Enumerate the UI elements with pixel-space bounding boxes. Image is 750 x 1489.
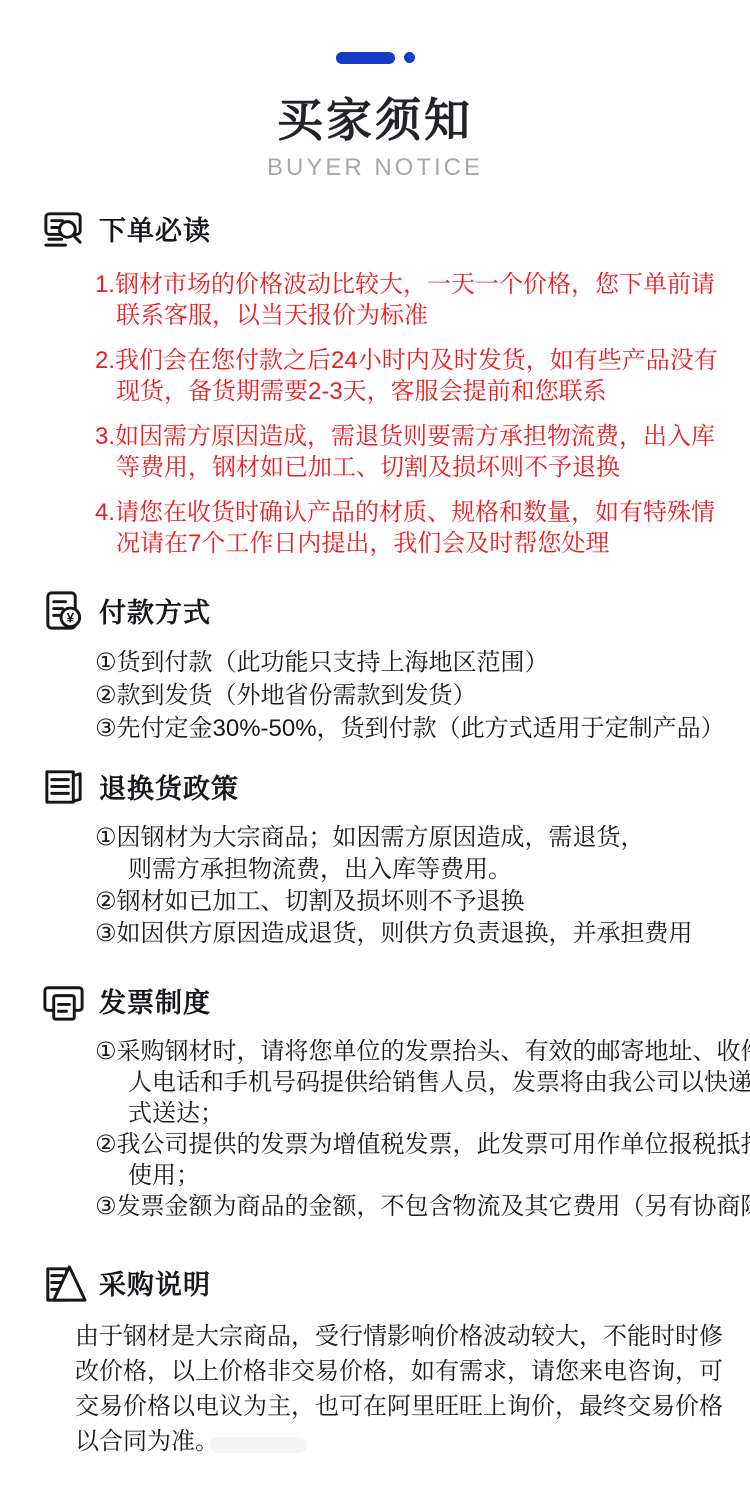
list-item: 2.我们会在您付款之后24小时内及时发货，如有些产品没有 现货，备货期需要2-3… (95, 345, 720, 407)
notice-line: ①货到付款（此功能只支持上海地区范围） (95, 646, 720, 679)
notice-line: 人电话和手机号码提供给销售人员，发票将由我公司以快递方 (95, 1067, 720, 1098)
accent-dot (404, 52, 415, 63)
notice-line: 2.我们会在您付款之后24小时内及时发货，如有些产品没有 (95, 345, 720, 376)
notice-line: 式送达； (95, 1098, 720, 1129)
order-notes-list: 1.钢材市场的价格波动比较大，一天一个价格，您下单前请 联系客服，以当天报价为标… (95, 269, 720, 559)
payment-yuan-icon: ¥ (40, 587, 87, 634)
notice-line: ②款到发货（外地省份需款到发货） (95, 679, 720, 712)
invoice-list: ①采购钢材时，请将您单位的发票抬头、有效的邮寄地址、收件 人电话和手机号码提供给… (95, 1036, 720, 1222)
section-payment-title: 付款方式 (99, 591, 211, 630)
notice-line: ③发票金额为商品的金额，不包含物流及其它费用（另有协商除外） (95, 1191, 720, 1222)
list-item: ③发票金额为商品的金额，不包含物流及其它费用（另有协商除外） (95, 1191, 720, 1222)
notice-line: 3.如因需方原因造成，需退货则要需方承担物流费，出入库 (95, 421, 720, 452)
svg-text:¥: ¥ (67, 610, 75, 625)
payment-list: ①货到付款（此功能只支持上海地区范围） ②款到发货（外地省份需款到发货） ③先付… (95, 646, 720, 745)
page-subtitle: BUYER NOTICE (0, 156, 750, 180)
buyer-notice-page: { "colors": { "accent": "#143cc8", "aler… (0, 0, 750, 1489)
list-item: 3.如因需方原因造成，需退货则要需方承担物流费，出入库 等费用，钢材如已加工、切… (95, 421, 720, 483)
notice-line: 4.请您在收货时确认产品的材质、规格和数量，如有特殊情 (95, 497, 720, 528)
accent-mark (0, 51, 750, 64)
list-item: ①因钢材为大宗商品；如因需方原因造成，需退货， 则需方承担物流费，出入库等费用。 (95, 822, 720, 886)
notice-line: 等费用，钢材如已加工、切割及损坏则不予退换 (95, 452, 720, 483)
header: 买家须知 BUYER NOTICE (0, 0, 750, 180)
bottom-divider-bar (210, 1437, 307, 1453)
accent-dash (336, 52, 395, 64)
notice-line: ①因钢材为大宗商品；如因需方原因造成，需退货， (95, 822, 720, 854)
section-purchase-title: 采购说明 (99, 1263, 211, 1302)
list-item: ③先付定金30%-50%，货到付款（此方式适用于定制产品） (95, 712, 720, 745)
list-item: ①货到付款（此功能只支持上海地区范围） (95, 646, 720, 679)
purchase-note-icon (40, 1259, 87, 1306)
section-invoice-title: 发票制度 (99, 981, 211, 1020)
order-search-icon (40, 205, 87, 252)
list-item: ①采购钢材时，请将您单位的发票抬头、有效的邮寄地址、收件 人电话和手机号码提供给… (95, 1036, 720, 1129)
list-item: ③如因供方原因造成退货，则供方负责退换，并承担费用 (95, 918, 720, 950)
list-item: ②我公司提供的发票为增值税发票，此发票可用作单位报税抵扣 使用； (95, 1129, 720, 1191)
list-item: 4.请您在收货时确认产品的材质、规格和数量，如有特殊情 况请在7个工作日内提出，… (95, 497, 720, 559)
returns-list: ①因钢材为大宗商品；如因需方原因造成，需退货， 则需方承担物流费，出入库等费用。… (95, 822, 720, 950)
section-payment-header: ¥ 付款方式 (40, 587, 750, 634)
notice-line: ③如因供方原因造成退货，则供方负责退换，并承担费用 (95, 918, 720, 950)
section-order-notes-header: 下单必读 (40, 205, 750, 252)
notice-line: 1.钢材市场的价格波动比较大，一天一个价格，您下单前请 (95, 269, 720, 300)
notice-line: 使用； (95, 1160, 720, 1191)
section-invoice-header: 发票制度 (40, 977, 750, 1024)
list-item: 1.钢材市场的价格波动比较大，一天一个价格，您下单前请 联系客服，以当天报价为标… (95, 269, 720, 331)
section-purchase-header: 采购说明 (40, 1259, 750, 1306)
notice-line: ②钢材如已加工、切割及损坏则不予退换 (95, 886, 720, 918)
notice-line: ②我公司提供的发票为增值税发票，此发票可用作单位报税抵扣 (95, 1129, 720, 1160)
return-policy-icon (40, 763, 87, 810)
notice-line: ③先付定金30%-50%，货到付款（此方式适用于定制产品） (95, 712, 720, 745)
notice-line: 联系客服，以当天报价为标准 (95, 300, 720, 331)
list-item: ②款到发货（外地省份需款到发货） (95, 679, 720, 712)
notice-line: 则需方承担物流费，出入库等费用。 (95, 854, 720, 886)
section-returns-title: 退换货政策 (99, 767, 239, 806)
section-order-notes-title: 下单必读 (99, 209, 211, 248)
notice-line: ①采购钢材时，请将您单位的发票抬头、有效的邮寄地址、收件 (95, 1036, 720, 1067)
purchase-paragraph: 由于钢材是大宗商品，受行情影响价格波动较大，不能时时修改价格，以上价格非交易价格… (75, 1319, 725, 1459)
invoice-printer-icon (40, 977, 87, 1024)
section-returns-header: 退换货政策 (40, 763, 750, 810)
page-title: 买家须知 (0, 95, 750, 146)
notice-line: 现货，备货期需要2-3天，客服会提前和您联系 (95, 376, 720, 407)
list-item: ②钢材如已加工、切割及损坏则不予退换 (95, 886, 720, 918)
notice-line: 况请在7个工作日内提出，我们会及时帮您处理 (95, 528, 720, 559)
